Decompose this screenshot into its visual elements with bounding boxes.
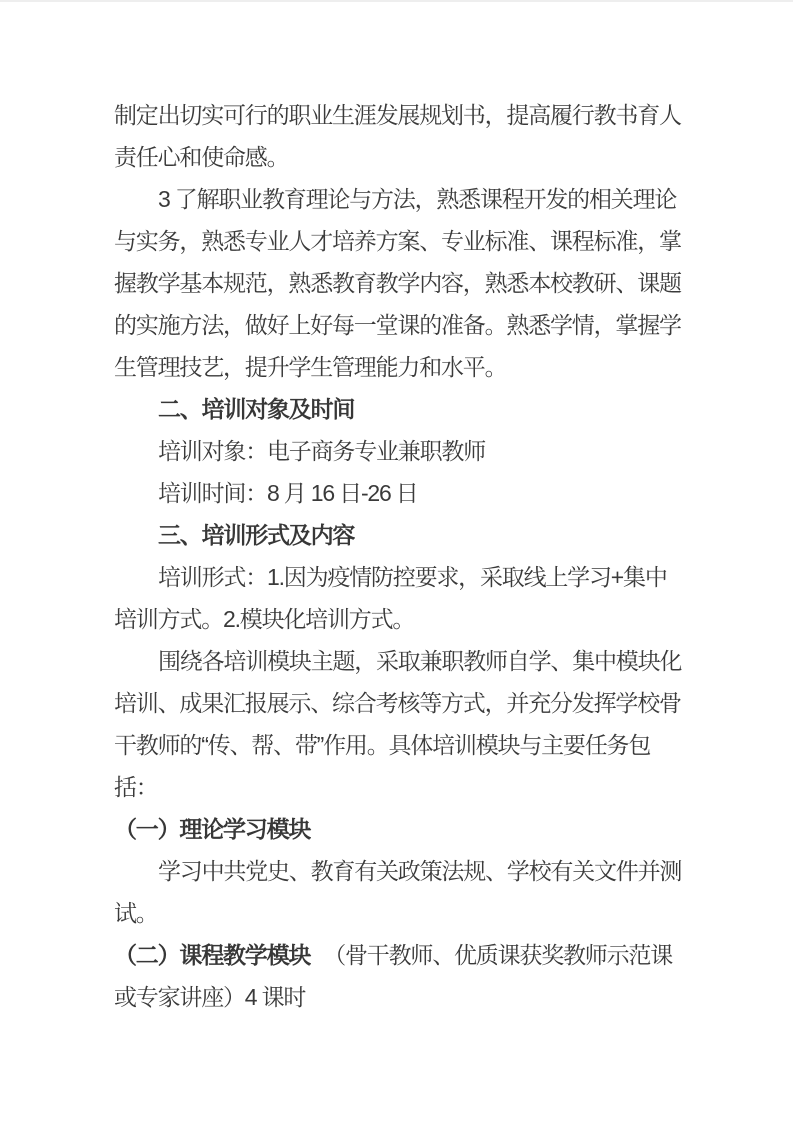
text-line: 括： xyxy=(114,766,681,808)
text-line: 培训形式：1.因为疫情防控要求，采取线上学习+集中 xyxy=(114,556,681,598)
text-line: 培训时间：8 月 16 日-26 日 xyxy=(114,472,681,514)
text-line: 与实务，熟悉专业人才培养方案、专业标准、课程标准，掌 xyxy=(114,220,681,262)
body-text: 与实务，熟悉专业人才培养方案、专业标准、课程标准，掌 xyxy=(114,228,681,254)
body-text: 或专家讲座）4 课时 xyxy=(114,984,305,1010)
heading-text: （一）理论学习模块 xyxy=(114,816,310,842)
body-text: 培训对象：电子商务专业兼职教师 xyxy=(158,438,485,464)
body-text: 培训方式。2.模块化培训方式。 xyxy=(114,606,414,632)
text-line: 培训对象：电子商务专业兼职教师 xyxy=(114,430,681,472)
text-line: 干教师的“传、帮、带”作用。具体培训模块与主要任务包 xyxy=(114,724,681,766)
body-text: 培训时间：8 月 16 日-26 日 xyxy=(158,480,418,506)
text-line: 学习中共党史、教育有关政策法规、学校有关文件并测 xyxy=(114,850,681,892)
text-line: 或专家讲座）4 课时 xyxy=(114,976,681,1018)
text-line: （一）理论学习模块 xyxy=(114,808,681,850)
body-text: 的实施方法，做好上好每一堂课的准备。熟悉学情，掌握学 xyxy=(114,312,681,338)
text-line: 试。 xyxy=(114,892,681,934)
body-text: 围绕各培训模块主题，采取兼职教师自学、集中模块化 xyxy=(158,648,681,674)
body-text: 3 了解职业教育理论与方法，熟悉课程开发的相关理论 xyxy=(158,186,676,212)
body-text: 试。 xyxy=(114,900,158,926)
body-text: 制定出切实可行的职业生涯发展规划书，提高履行教书育人 xyxy=(114,102,681,128)
document-body: 制定出切实可行的职业生涯发展规划书，提高履行教书育人责任心和使命感。3 了解职业… xyxy=(114,94,681,1018)
text-line: 二、培训对象及时间 xyxy=(114,388,681,430)
heading-text: 三、培训形式及内容 xyxy=(158,522,354,548)
text-line: （二）课程教学模块（骨干教师、优质课获奖教师示范课 xyxy=(114,934,681,976)
body-text: 培训、成果汇报展示、综合考核等方式，并充分发挥学校骨 xyxy=(114,690,681,716)
text-line: 责任心和使命感。 xyxy=(114,136,681,178)
body-text: 培训形式：1.因为疫情防控要求，采取线上学习+集中 xyxy=(158,564,667,590)
body-text: 责任心和使命感。 xyxy=(114,144,288,170)
text-line: 握教学基本规范，熟悉教育教学内容，熟悉本校教研、课题 xyxy=(114,262,681,304)
text-line: 的实施方法，做好上好每一堂课的准备。熟悉学情，掌握学 xyxy=(114,304,681,346)
text-line: 三、培训形式及内容 xyxy=(114,514,681,556)
text-line: 围绕各培训模块主题，采取兼职教师自学、集中模块化 xyxy=(114,640,681,682)
text-line: 3 了解职业教育理论与方法，熟悉课程开发的相关理论 xyxy=(114,178,681,220)
body-text: 括： xyxy=(114,774,158,800)
heading-text: 二、培训对象及时间 xyxy=(158,396,354,422)
text-line: 制定出切实可行的职业生涯发展规划书，提高履行教书育人 xyxy=(114,94,681,136)
body-text: 握教学基本规范，熟悉教育教学内容，熟悉本校教研、课题 xyxy=(114,270,681,296)
body-text: （骨干教师、优质课获奖教师示范课 xyxy=(323,942,672,968)
heading-text: （二）课程教学模块 xyxy=(114,942,310,968)
document-page: 制定出切实可行的职业生涯发展规划书，提高履行教书育人责任心和使命感。3 了解职业… xyxy=(0,0,793,1122)
body-text: 干教师的“传、帮、带”作用。具体培训模块与主要任务包 xyxy=(114,732,650,758)
text-line: 培训、成果汇报展示、综合考核等方式，并充分发挥学校骨 xyxy=(114,682,681,724)
body-text: 生管理技艺，提升学生管理能力和水平。 xyxy=(114,354,506,380)
text-line: 培训方式。2.模块化培训方式。 xyxy=(114,598,681,640)
text-line: 生管理技艺，提升学生管理能力和水平。 xyxy=(114,346,681,388)
body-text: 学习中共党史、教育有关政策法规、学校有关文件并测 xyxy=(158,858,681,884)
